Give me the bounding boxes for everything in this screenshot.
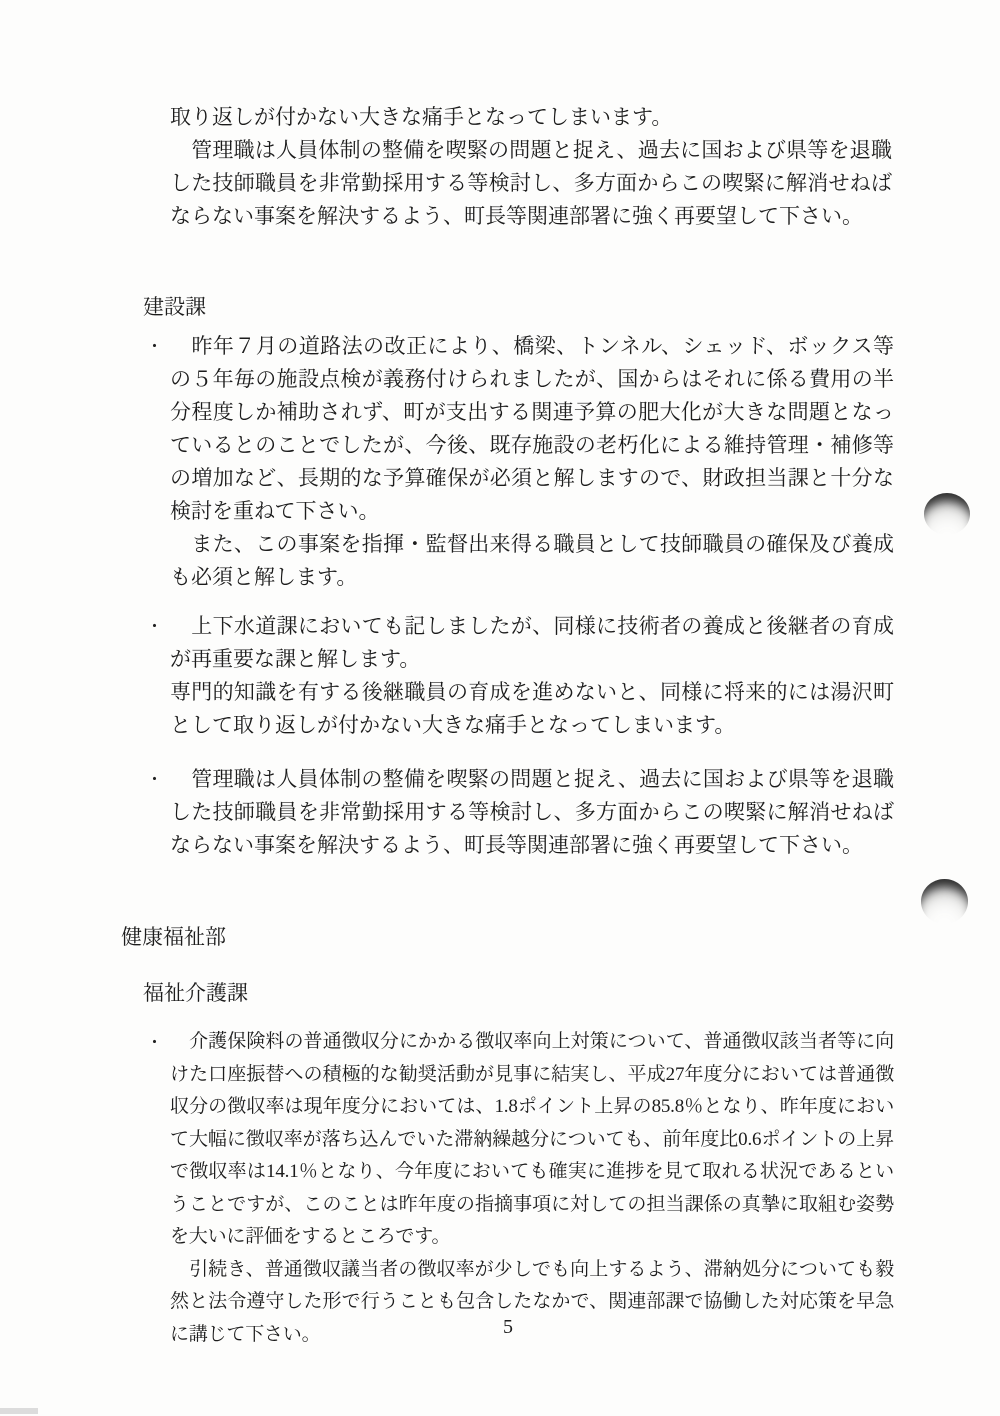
paragraph: 上下水道課においても記しましたが、同様に技術者の養成と後継者の育成が再重要な課と… bbox=[170, 610, 894, 676]
bullet-icon: ・ bbox=[146, 765, 163, 790]
intro-block: 取り返しが付かない大きな痛手となってしまいます。 管理職は人員体制の整備を喫緊の… bbox=[170, 101, 892, 233]
punch-hole-artifact bbox=[921, 879, 968, 924]
section-heading-care-division: 福祉介護課 bbox=[143, 978, 248, 1008]
paragraph: 管理職は人員体制の整備を喫緊の問題と捉え、過去に国および県等を退職した技師職員を… bbox=[170, 763, 894, 862]
bullet-icon: ・ bbox=[146, 1028, 163, 1053]
list-item: ・ 昨年７月の道路法の改正により、橋梁、トンネル、シェッド、ボックス等の５年毎の… bbox=[146, 330, 894, 594]
paragraph: 専門的知識を有する後継職員の育成を進めないと、同様に将来的には湯沢町として取り返… bbox=[170, 676, 894, 742]
section-heading-health-welfare: 健康福祉部 bbox=[121, 922, 226, 952]
scanned-page: 取り返しが付かない大きな痛手となってしまいます。 管理職は人員体制の整備を喫緊の… bbox=[0, 0, 1000, 1416]
bullet-icon: ・ bbox=[146, 612, 163, 637]
paragraph: 介護保険料の普通徴収分にかかる徴収率向上対策について、普通徴収該当者等に向けた口… bbox=[170, 1026, 894, 1254]
page-number: 5 bbox=[170, 1316, 846, 1339]
paragraph: 昨年７月の道路法の改正により、橋梁、トンネル、シェッド、ボックス等の５年毎の施設… bbox=[170, 330, 894, 528]
section-heading-construction: 建設課 bbox=[143, 292, 206, 322]
paragraph: 取り返しが付かない大きな痛手となってしまいます。 bbox=[170, 101, 892, 134]
paragraph: また、この事案を指揮・監督出来得る職員として技師職員の確保及び養成も必須と解しま… bbox=[170, 528, 894, 594]
scan-edge-artifact bbox=[0, 1408, 38, 1414]
list-item: ・ 管理職は人員体制の整備を喫緊の問題と捉え、過去に国および県等を退職した技師職… bbox=[146, 763, 894, 862]
list-item: ・ 上下水道課においても記しましたが、同様に技術者の養成と後継者の育成が再重要な… bbox=[146, 610, 894, 742]
punch-hole-artifact bbox=[924, 493, 970, 535]
list-item: ・ 介護保険料の普通徴収分にかかる徴収率向上対策について、普通徴収該当者等に向け… bbox=[146, 1026, 894, 1351]
bullet-icon: ・ bbox=[146, 332, 163, 357]
paragraph: 管理職は人員体制の整備を喫緊の問題と捉え、過去に国および県等を退職した技師職員を… bbox=[170, 134, 892, 233]
